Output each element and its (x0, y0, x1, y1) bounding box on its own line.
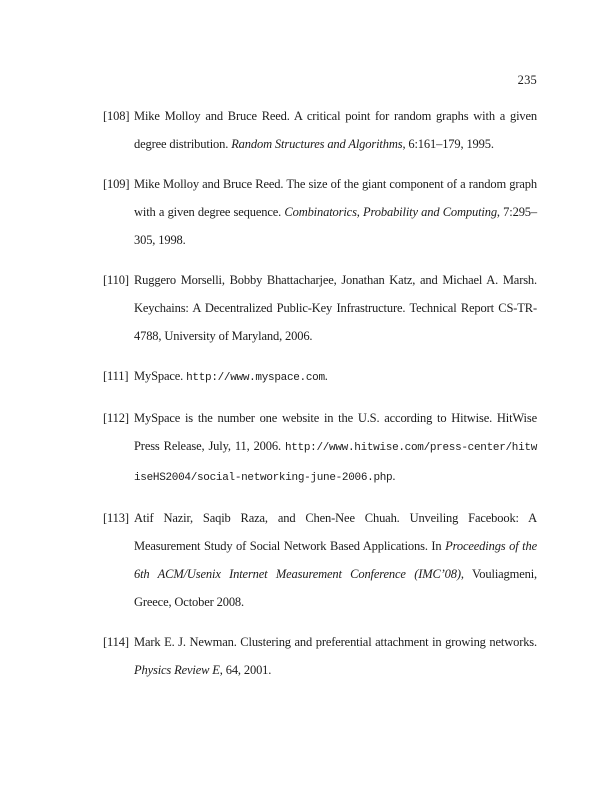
reference-text-segment: . (325, 369, 328, 383)
reference-label: [112] (103, 404, 134, 492)
reference-text: Mark E. J. Newman. Clustering and prefer… (134, 628, 537, 684)
reference-label: [110] (103, 266, 134, 350)
reference-list: [108]Mike Molloy and Bruce Reed. A criti… (103, 102, 537, 696)
reference-text-segment: . (392, 469, 395, 483)
reference-entry: [112]MySpace is the number one website i… (103, 404, 537, 492)
reference-entry: [109]Mike Molloy and Bruce Reed. The siz… (103, 170, 537, 254)
reference-entry: [113]Atif Nazir, Saqib Raza, and Chen-Ne… (103, 504, 537, 616)
reference-label: [114] (103, 628, 134, 684)
reference-label: [113] (103, 504, 134, 616)
url-link[interactable]: http://www.myspace.com (186, 372, 325, 384)
reference-label: [109] (103, 170, 134, 254)
reference-text-segment: Ruggero Morselli, Bobby Bhattacharjee, J… (134, 273, 537, 343)
venue-title: Combinatorics, Probability and Computing (284, 205, 497, 219)
page-number: 235 (518, 73, 537, 88)
reference-label: [108] (103, 102, 134, 158)
reference-text-segment: , 6:161–179, 1995. (402, 137, 493, 151)
reference-text: Mike Molloy and Bruce Reed. The size of … (134, 170, 537, 254)
reference-text: MySpace. http://www.myspace.com. (134, 362, 537, 392)
reference-label: [111] (103, 362, 134, 392)
reference-entry: [110]Ruggero Morselli, Bobby Bhattacharj… (103, 266, 537, 350)
venue-title: Random Structures and Algorithms (231, 137, 402, 151)
reference-text-segment: Mark E. J. Newman. Clustering and prefer… (134, 635, 537, 649)
reference-entry: [108]Mike Molloy and Bruce Reed. A criti… (103, 102, 537, 158)
reference-text: MySpace is the number one website in the… (134, 404, 537, 492)
reference-entry: [114]Mark E. J. Newman. Clustering and p… (103, 628, 537, 684)
reference-text: Ruggero Morselli, Bobby Bhattacharjee, J… (134, 266, 537, 350)
reference-text-segment: MySpace. (134, 369, 186, 383)
venue-title: Physics Review E (134, 663, 220, 677)
reference-text: Atif Nazir, Saqib Raza, and Chen-Nee Chu… (134, 504, 537, 616)
reference-entry: [111]MySpace. http://www.myspace.com. (103, 362, 537, 392)
document-page: 235 [108]Mike Molloy and Bruce Reed. A c… (0, 0, 612, 792)
reference-text: Mike Molloy and Bruce Reed. A critical p… (134, 102, 537, 158)
reference-text-segment: , 64, 2001. (220, 663, 271, 677)
